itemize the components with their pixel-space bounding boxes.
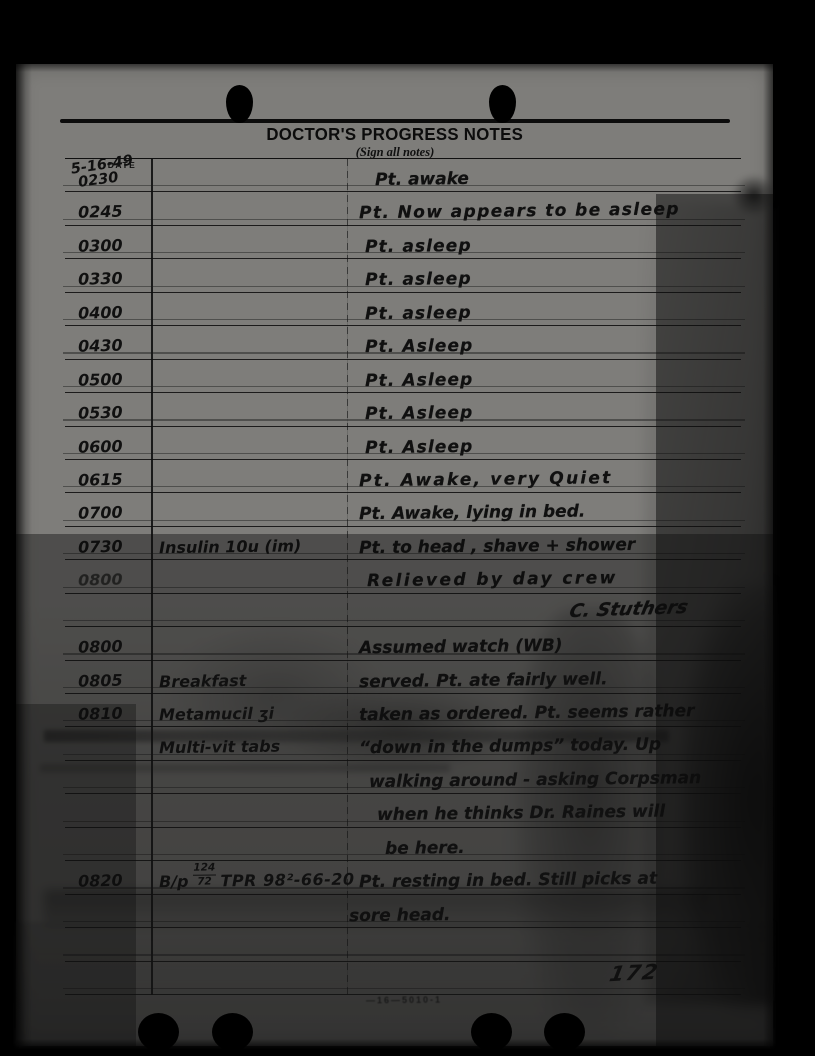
table-row: 0400 Pt. asleep — [65, 293, 741, 326]
bp-diastolic: 72 — [197, 876, 212, 888]
note-cell: Pt. to head , shave + shower — [347, 524, 741, 561]
note-cell: Pt. Awake, very Quiet — [347, 458, 741, 495]
time-cell: 0810 — [65, 693, 152, 728]
note-cell — [347, 959, 741, 996]
page-title: DOCTOR'S PROGRESS NOTES — [267, 124, 524, 145]
med-cell — [151, 459, 347, 494]
note-cell: Pt. awake — [347, 157, 741, 194]
punch-hole — [489, 85, 516, 123]
med-cell — [151, 927, 347, 962]
table-row: be here. — [65, 828, 741, 861]
time-cell: 0805 — [65, 659, 152, 694]
table-row: 0430 Pt. Asleep — [65, 326, 741, 359]
note-cell: Pt. Asleep — [347, 324, 741, 361]
time-cell: 0530 — [65, 392, 152, 427]
note-cell: taken as ordered. Pt. seems rather — [347, 692, 741, 729]
time-cell: 0615 — [65, 459, 152, 494]
note-cell: Pt. asleep — [347, 223, 741, 260]
scan-edge-left — [16, 64, 32, 1046]
med-cell — [151, 826, 347, 861]
table-row: 0805 Breakfast served. Pt. ate fairly we… — [65, 661, 741, 694]
note-cell: “down in the dumps” today. Up — [347, 725, 741, 762]
time-cell: 0800 — [65, 559, 152, 594]
scan-edge-bottom — [16, 1039, 773, 1046]
table-row: sore head. — [65, 895, 741, 928]
time-cell: 0400 — [65, 292, 152, 327]
scan-edge-top — [16, 64, 773, 72]
med-cell — [151, 225, 347, 260]
med-cell: Metamucil ʒi — [151, 693, 347, 728]
time-cell — [65, 793, 152, 828]
time-cell — [65, 894, 152, 929]
time-cell — [65, 927, 152, 962]
med-cell — [151, 358, 347, 393]
time-cell: 0820 — [65, 860, 152, 895]
time-cell — [65, 960, 152, 995]
punch-hole — [226, 85, 253, 123]
med-cell — [151, 392, 347, 427]
table-row: when he thinks Dr. Raines will — [65, 794, 741, 827]
med-cell — [151, 559, 347, 594]
table-row: 0245 Pt. Now appears to be asleep — [65, 192, 741, 225]
time-cell — [65, 827, 152, 862]
time-cell: 0500 — [65, 359, 152, 394]
table-row: 0800 Assumed watch (WB) — [65, 627, 741, 660]
vitals-cell: B/p 124 72 TPR 98²-66-20 — [151, 860, 347, 895]
scanned-document: DOCTOR'S PROGRESS NOTES (Sign all notes)… — [0, 0, 815, 1056]
med-cell — [151, 893, 347, 928]
note-cell: Pt. Asleep — [347, 357, 741, 394]
note-cell: Pt. Asleep — [347, 424, 741, 461]
punch-hole — [212, 1013, 253, 1051]
note-cell: Assumed watch (WB) — [347, 625, 741, 662]
table-row: 0700 Pt. Awake, lying in bed. — [65, 493, 741, 526]
table-row: 0330 Pt. asleep — [65, 259, 741, 292]
note-cell: Pt. Asleep — [347, 391, 741, 428]
time-cell: 0245 — [65, 191, 152, 226]
punch-hole — [138, 1013, 179, 1051]
note-cell: sore head. — [337, 892, 731, 929]
med-cell — [151, 626, 347, 661]
time-cell: 0330 — [65, 258, 152, 293]
punch-hole — [544, 1013, 585, 1051]
med-cell — [151, 760, 347, 795]
table-row: 0730 Insulin 10u (im) Pt. to head , shav… — [65, 527, 741, 560]
note-cell: walking around - asking Corpsman — [347, 758, 741, 795]
med-cell — [151, 592, 347, 627]
med-cell — [151, 191, 347, 226]
table-row: 0615 Pt. Awake, very Quiet — [65, 460, 741, 493]
time-cell: 0300 — [65, 225, 152, 260]
table-row: 0500 Pt. Asleep — [65, 360, 741, 393]
table-row: walking around - asking Corpsman — [65, 761, 741, 794]
table-row: 0300 Pt. asleep — [65, 226, 741, 259]
table-row: 0810 Metamucil ʒi taken as ordered. Pt. … — [65, 694, 741, 727]
bp-fraction: 124 72 — [192, 863, 216, 887]
progress-notes-page: DOCTOR'S PROGRESS NOTES (Sign all notes)… — [16, 64, 773, 1046]
note-cell: Pt. Now appears to be asleep — [347, 190, 741, 227]
table-row: Multi-vit tabs “down in the dumps” today… — [65, 727, 741, 760]
handwritten-page-number: 172 — [607, 960, 661, 986]
bp-label: B/p — [159, 872, 189, 891]
med-cell — [151, 325, 347, 360]
med-cell — [151, 960, 347, 995]
time-cell: 0730 — [65, 526, 152, 561]
note-cell: when he thinks Dr. Raines will — [347, 792, 741, 829]
med-cell — [151, 425, 347, 460]
title-wrap: DOCTOR'S PROGRESS NOTES — [60, 124, 730, 145]
time-cell: 0430 — [65, 325, 152, 360]
med-cell — [151, 258, 347, 293]
time-cell — [65, 726, 152, 761]
bp-systolic: 124 — [192, 863, 216, 876]
time-cell: 0600 — [65, 425, 152, 460]
med-cell — [151, 291, 347, 326]
note-cell: Pt. asleep — [347, 257, 741, 294]
header-rule — [60, 119, 730, 123]
form-number: —16—5010-1 — [366, 995, 442, 1006]
table-row: 0600 Pt. Asleep — [65, 427, 741, 460]
time-cell: 5-16-49 0230 — [65, 158, 152, 193]
punch-hole — [471, 1013, 512, 1051]
note-cell — [347, 926, 741, 963]
tpr-value: TPR 98²-66-20 — [220, 870, 354, 891]
med-cell — [151, 793, 347, 828]
note-cell: be here. — [347, 825, 741, 862]
med-cell: Breakfast — [151, 659, 347, 694]
table-row: 0530 Pt. Asleep — [65, 393, 741, 426]
med-cell: Multi-vit tabs — [151, 726, 347, 761]
table-row — [65, 928, 741, 961]
table-row-vitals: 0820 B/p 124 72 TPR 98²-66-20 Pt. restin… — [65, 861, 741, 894]
note-cell: Pt. Awake, lying in bed. — [347, 491, 741, 528]
progress-table: 5-16-49 0230 Pt. awake 0245 Pt. Now appe… — [65, 158, 741, 995]
time-cell: 0800 — [65, 626, 152, 661]
scan-edge-right — [763, 64, 773, 1046]
time-cell — [65, 760, 152, 795]
med-cell: Insulin 10u (im) — [151, 525, 347, 560]
time-cell: 0700 — [65, 492, 152, 527]
note-cell: served. Pt. ate fairly well. — [347, 658, 741, 695]
time-cell — [65, 593, 152, 628]
table-row-signature: C. Stuthers — [65, 594, 741, 627]
note-cell: Pt. asleep — [347, 290, 741, 327]
med-cell — [151, 158, 347, 193]
vitals-entry: B/p 124 72 TPR 98²-66-20 — [159, 865, 355, 892]
table-row: 0800 Relieved by day crew — [65, 560, 741, 593]
table-row: 5-16-49 0230 Pt. awake — [65, 159, 741, 192]
note-cell: Pt. resting in bed. Still picks at — [347, 859, 741, 896]
med-cell — [151, 492, 347, 527]
